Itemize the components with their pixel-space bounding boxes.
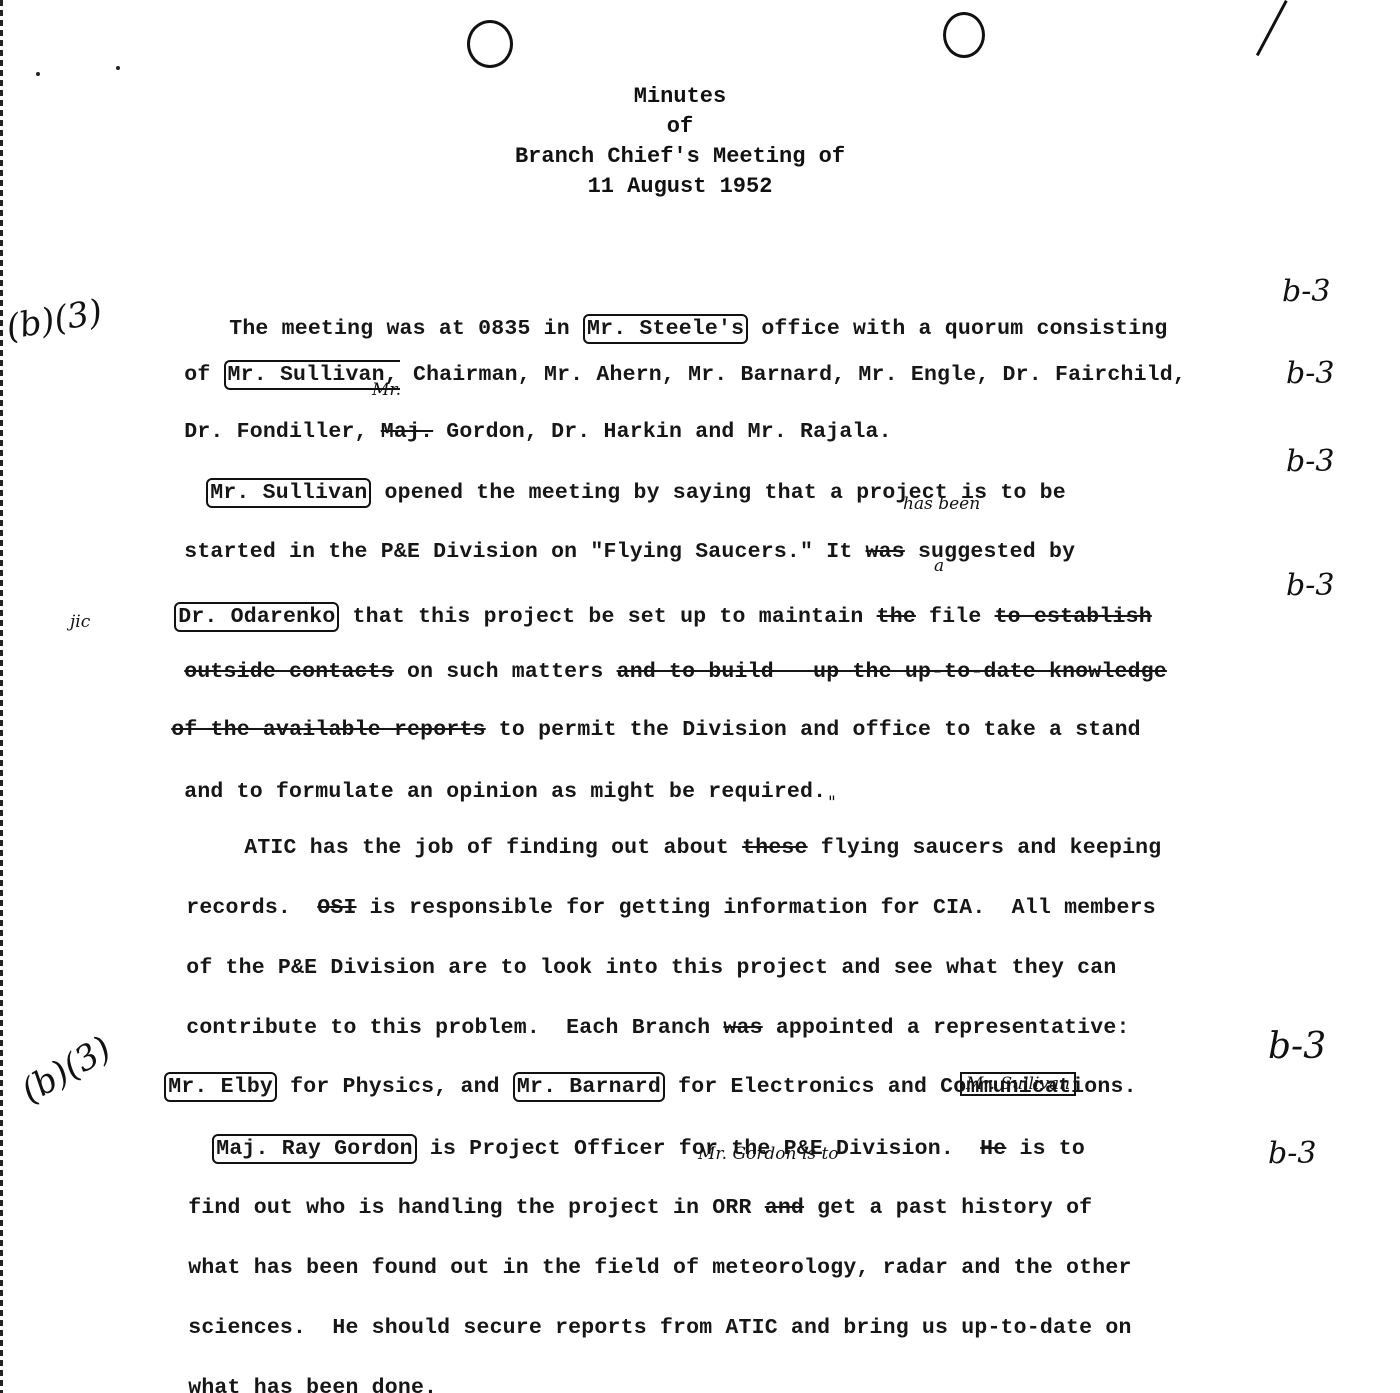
speck bbox=[36, 72, 40, 76]
body-line-16: find out who is handling the project in … bbox=[162, 1172, 1092, 1220]
right-code-5: b-3 bbox=[1268, 1026, 1326, 1067]
redacted-scribble: OSI bbox=[317, 896, 356, 920]
insert-quote: " bbox=[828, 793, 836, 813]
body-line-14: Mr. Elby for Physics, and Mr. Barnard fo… bbox=[138, 1048, 1137, 1102]
margin-code-b3-top: (b)(3) bbox=[3, 292, 105, 348]
margin-note-jic: jic bbox=[70, 612, 90, 632]
body-line-11: records. OSI is responsible for getting … bbox=[160, 872, 1156, 920]
right-code-4: b-3 bbox=[1286, 568, 1334, 603]
right-code-6: b-3 bbox=[1268, 1136, 1316, 1171]
page-left-edge bbox=[0, 0, 3, 1393]
check-mark-icon bbox=[1256, 0, 1288, 56]
body-line-5: started in the P&E Division on "Flying S… bbox=[158, 516, 1075, 564]
body-line-12: of the P&E Division are to look into thi… bbox=[160, 932, 1116, 980]
right-code-1: b-3 bbox=[1282, 274, 1330, 309]
title-line-3: Branch Chief's Meeting of bbox=[0, 142, 1380, 172]
body-line-7: outside contacts on such matters and to … bbox=[158, 636, 1167, 684]
redaction-bracket: Dr. Odarenko bbox=[174, 602, 339, 632]
body-line-10: ATIC has the job of finding out about th… bbox=[218, 812, 1161, 860]
body-line-15: Maj. Ray Gordon is Project Officer for t… bbox=[186, 1110, 1085, 1164]
title-line-1: Minutes bbox=[0, 82, 1380, 112]
body-line-17: what has been found out in the field of … bbox=[162, 1232, 1132, 1280]
body-line-18: sciences. He should secure reports from … bbox=[162, 1292, 1132, 1340]
body-line-8: of the available reports to permit the D… bbox=[145, 694, 1141, 742]
body-line-3: Dr. Fondiller, Maj. Gordon, Dr. Harkin a… bbox=[158, 396, 892, 444]
punch-hole-right bbox=[943, 12, 985, 58]
redaction-bracket: Mr. Sullivan, bbox=[224, 360, 400, 390]
right-code-3: b-3 bbox=[1286, 444, 1334, 479]
title-line-2: of bbox=[0, 112, 1380, 142]
margin-code-b3-bottom: (b)(3) bbox=[14, 1029, 118, 1112]
body-line-6: Dr. Odarenko that this project be set up… bbox=[148, 578, 1152, 632]
redaction-bracket: Mr. Sullivan bbox=[206, 478, 371, 508]
redaction-bracket: Maj. Ray Gordon bbox=[212, 1134, 417, 1164]
body-line-2: of Mr. Sullivan, Chairman, Mr. Ahern, Mr… bbox=[158, 336, 1186, 390]
right-code-2: b-3 bbox=[1286, 356, 1334, 391]
body-line-9: and to formulate an opinion as might be … bbox=[158, 756, 826, 804]
body-line-13: contribute to this problem. Each Branch … bbox=[160, 992, 1130, 1040]
body-line-4: Mr. Sullivan opened the meeting by sayin… bbox=[180, 454, 1066, 508]
document-title: Minutes of Branch Chief's Meeting of 11 … bbox=[0, 82, 1400, 202]
redaction-bracket: Mr. Elby bbox=[164, 1072, 277, 1102]
speck bbox=[116, 66, 120, 70]
title-line-4: 11 August 1952 bbox=[0, 172, 1380, 202]
body-line-19: what has been done. bbox=[162, 1352, 437, 1393]
redaction-bracket: Mr. Barnard bbox=[513, 1072, 665, 1102]
punch-hole-left bbox=[467, 20, 513, 68]
